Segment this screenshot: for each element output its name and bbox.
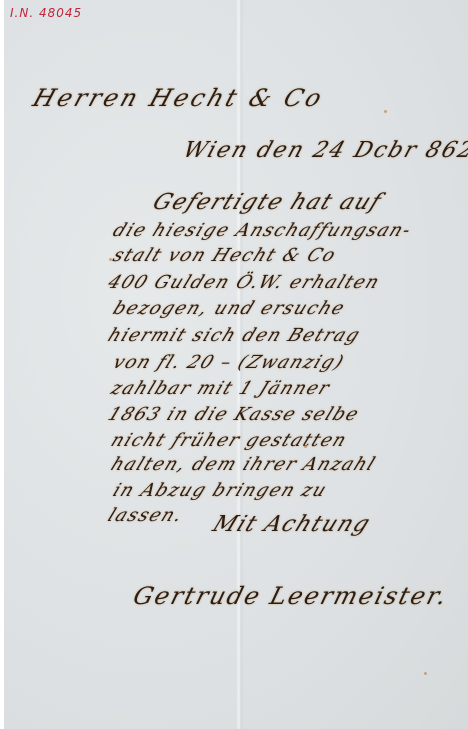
body-line: hiermit sich den Betrag [105,325,364,346]
body-line: 1863 in die Kasse selbe [105,404,363,425]
body-line: von fl. 20 – (Zwanzig) [110,352,348,373]
body-line: stalt von Hecht & Co [110,245,340,266]
body-line: lassen. [105,505,187,526]
body-line: Gefertigte hat auf [149,190,386,215]
salutation: Herren Hecht & Co [29,84,328,112]
signature: Gertrude Leermeister. [130,582,451,610]
body-line: bezogen, und ersuche [110,298,349,319]
body-line: nicht früher gestatten [108,430,351,451]
body-line: halten, dem ihrer Anzahl [108,454,380,475]
foxing-spot [384,110,387,113]
letter-page: I.N. 48045 Herren Hecht & Co Wien den 24… [4,0,468,729]
closing: Mit Achtung [209,512,375,537]
body-line: 400 Gulden Ö.W. erhalten [105,272,384,293]
place-date: Wien den 24 Dcbr 862 [180,138,468,163]
archive-stamp: I.N. 48045 [10,6,82,20]
body-line: die hiesige Anschaffungsan- [110,220,415,241]
body-line: in Abzug bringen zu [110,480,331,501]
body-line: zahlbar mit 1 Jänner [108,378,334,399]
foxing-spot [109,258,112,261]
foxing-spot [304,445,307,448]
foxing-spot [424,672,427,675]
